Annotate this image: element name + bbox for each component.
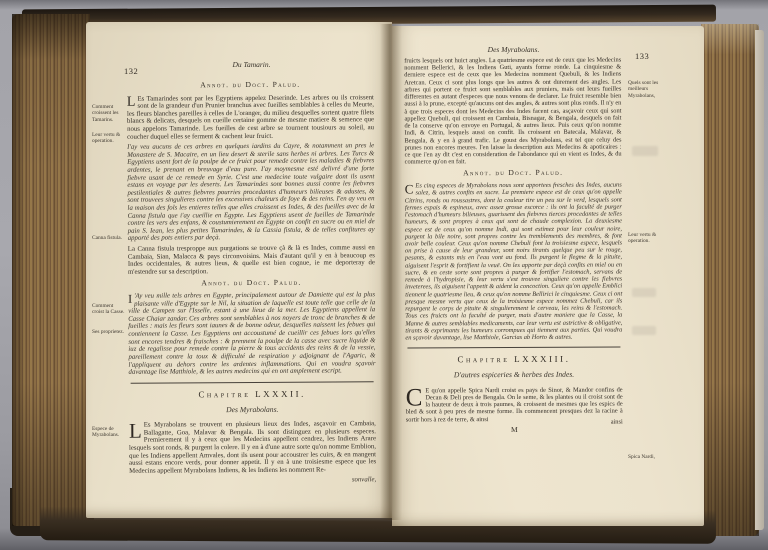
section-rule (131, 381, 374, 383)
left-text-column: Annot. du Doct. Palud. LEs Tamarindes so… (127, 77, 376, 485)
margin-note: Ses proprietez. (92, 329, 126, 335)
page-gutter-shadow (380, 24, 402, 520)
chapter-title: Chapitre LXXXII. (129, 389, 376, 400)
margin-note: Canna fistula. (92, 235, 126, 241)
signature-line: Mainsi (406, 425, 623, 434)
left-fore-edge (12, 14, 90, 526)
catchword: sonvalle, (129, 477, 376, 486)
paragraph-text: 'Ay veu mille tels arbres en Egypte, pri… (128, 291, 375, 376)
show-through-smudge (632, 288, 656, 297)
margin-note: Spica Nardi, (628, 454, 662, 460)
paragraph: LEs Tamarindes sont par les Egyptiens ap… (127, 94, 374, 141)
paragraph-text: Es Tamarindes sont par les Egyptiens app… (127, 94, 374, 141)
margin-note: Leur vertu & operation. (628, 232, 662, 245)
paragraph-text: E qu'on appelle Spica Nardi croist es pa… (406, 386, 623, 423)
chapter-title: Chapitre LXXXIII. (405, 355, 622, 366)
show-through-smudge (632, 326, 656, 335)
paragraph: fruicts lesquels ont huict angles. La qu… (404, 57, 621, 166)
dropcap-initial: L (127, 95, 138, 107)
paragraph: LEs Myrabolans se trouvent en plusieurs … (129, 420, 376, 475)
paragraph-italic: CEs cinq especes de Myrabolans nous sont… (405, 182, 623, 342)
dropcap-initial: L (129, 422, 144, 439)
paragraph-text: Es Myrabolans se trouvent en plusieurs l… (129, 420, 376, 474)
show-through-smudge (632, 146, 658, 156)
margin-note: Espece de Myrabolans. (92, 426, 126, 439)
annotation-heading: Annot. du Doct. Palud. (405, 168, 622, 178)
dropcap-initial: C (405, 183, 416, 195)
right-text-column: fruicts lesquels ont huict angles. La qu… (404, 57, 623, 435)
chapter-subtitle: Des Myrabolans. (129, 405, 376, 415)
back-cover-edge (755, 30, 764, 530)
running-header-right: Des Myrabolans. (405, 45, 622, 54)
paragraph-italic: I'ay veu aucuns de ces arbres en quelque… (127, 142, 375, 242)
running-header-left: Du Tamarin. (128, 60, 375, 69)
margin-note: Quels sont les meilleurs Myrabolans, (628, 80, 662, 99)
catchword: ainsi (611, 418, 623, 425)
margin-note: Comment croissent les Tamarins. (92, 104, 126, 123)
annotation-heading: Annot. du Doct. Palud. (128, 278, 375, 288)
page-number-right: 133 (635, 51, 649, 61)
chapter-subtitle: D'autres espiceries & herbes des Indes. (406, 371, 623, 381)
margin-note: Leur vertu & operation. (92, 132, 126, 145)
paragraph-italic: I'Ay veu mille tels arbres en Egypte, pr… (128, 291, 376, 376)
section-rule (407, 347, 620, 349)
photo-of-open-book: 132 Du Tamarin. Annot. du Doct. Palud. L… (0, 0, 768, 550)
paragraph: La Canna fistula tresproppe aux purgatio… (128, 244, 375, 276)
dropcap-initial: C (406, 387, 426, 407)
annotation-heading: Annot. du Doct. Palud. (127, 80, 374, 90)
right-fore-edge (701, 24, 759, 536)
signature-mark: M (511, 425, 518, 434)
paragraph: CE qu'on appelle Spica Nardi croist es p… (406, 386, 623, 423)
left-page: 132 Du Tamarin. Annot. du Doct. Palud. L… (86, 22, 392, 518)
margin-note: Comment croist la Casse. (92, 303, 126, 316)
right-page: Des Myrabolans. 133 fruicts lesquels ont… (392, 26, 704, 526)
paragraph-text: Es cinq especes de Myrabolans nous sont … (405, 182, 623, 342)
